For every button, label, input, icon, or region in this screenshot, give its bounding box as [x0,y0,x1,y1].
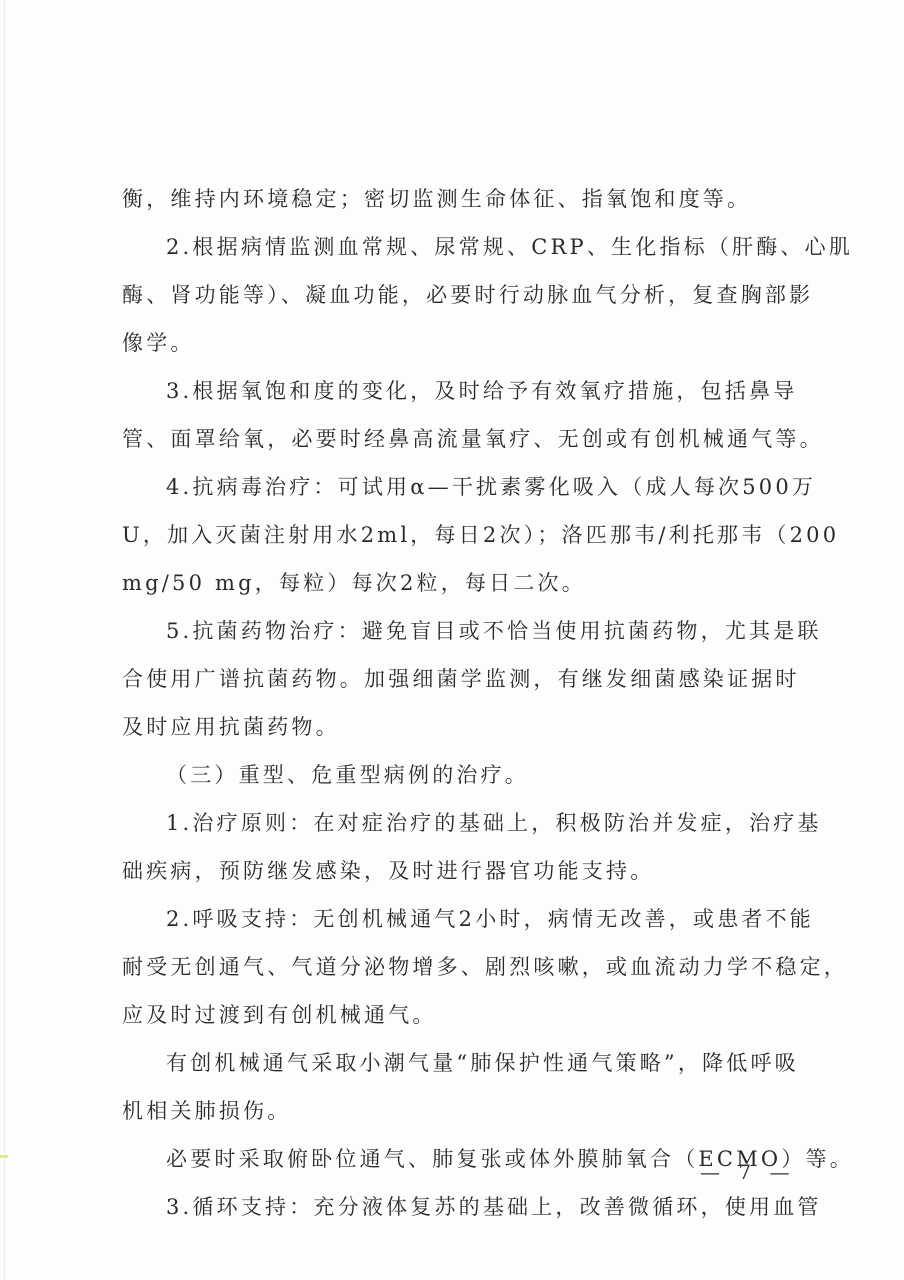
text-line: 像学。 [122,322,794,370]
text-line: U，加入灭菌注射用水2ml，每日2次）；洛匹那韦/利托那韦（200 [122,514,794,562]
text-line: 机相关肺损伤。 [122,1090,794,1138]
text-line: mg/50 mg，每粒）每次2粒，每日二次。 [122,562,794,610]
text-line: 应及时过渡到有创机械通气。 [122,994,794,1042]
document-body: 衡，维持内环境稳定；密切监测生命体征、指氧饱和度等。 2.根据病情监测血常规、尿… [122,178,794,1234]
text-line: 合使用广谱抗菌药物。加强细菌学监测，有继发细菌感染证据时 [122,658,794,706]
text-line: 有创机械通气采取小潮气量“肺保护性通气策略”，降低呼吸 [122,1042,794,1090]
scan-mark [0,1155,8,1158]
text-line: 衡，维持内环境稳定；密切监测生命体征、指氧饱和度等。 [122,178,794,226]
page-number: — 7 — [700,1160,795,1184]
text-line: 础疾病，预防继发感染，及时进行器官功能支持。 [122,850,794,898]
text-line: 3.循环支持：充分液体复苏的基础上，改善微循环，使用血管 [122,1186,794,1234]
text-line: 2.呼吸支持：无创机械通气2小时，病情无改善，或患者不能 [122,898,794,946]
text-line: 1.治疗原则：在对症治疗的基础上，积极防治并发症，治疗基 [122,802,794,850]
text-line: 耐受无创通气、气道分泌物增多、剧烈咳嗽，或血流动力学不稳定， [122,946,794,994]
section-heading: （三）重型、危重型病例的治疗。 [122,754,794,802]
text-line: 酶、肾功能等）、凝血功能，必要时行动脉血气分析，复查胸部影 [122,274,794,322]
text-line: 3.根据氧饱和度的变化，及时给予有效氧疗措施，包括鼻导 [122,370,794,418]
text-line: 必要时采取俯卧位通气、肺复张或体外膜肺氧合（ECMO）等。 [122,1138,794,1186]
text-line: 5.抗菌药物治疗：避免盲目或不恰当使用抗菌药物，尤其是联 [122,610,794,658]
text-line: 及时应用抗菌药物。 [122,706,794,754]
page-edge [4,0,5,1280]
text-line: 4.抗病毒治疗：可试用α—干扰素雾化吸入（成人每次500万 [122,466,794,514]
text-line: 管、面罩给氧，必要时经鼻高流量氧疗、无创或有创机械通气等。 [122,418,794,466]
text-line: 2.根据病情监测血常规、尿常规、CRP、生化指标（肝酶、心肌 [122,226,794,274]
